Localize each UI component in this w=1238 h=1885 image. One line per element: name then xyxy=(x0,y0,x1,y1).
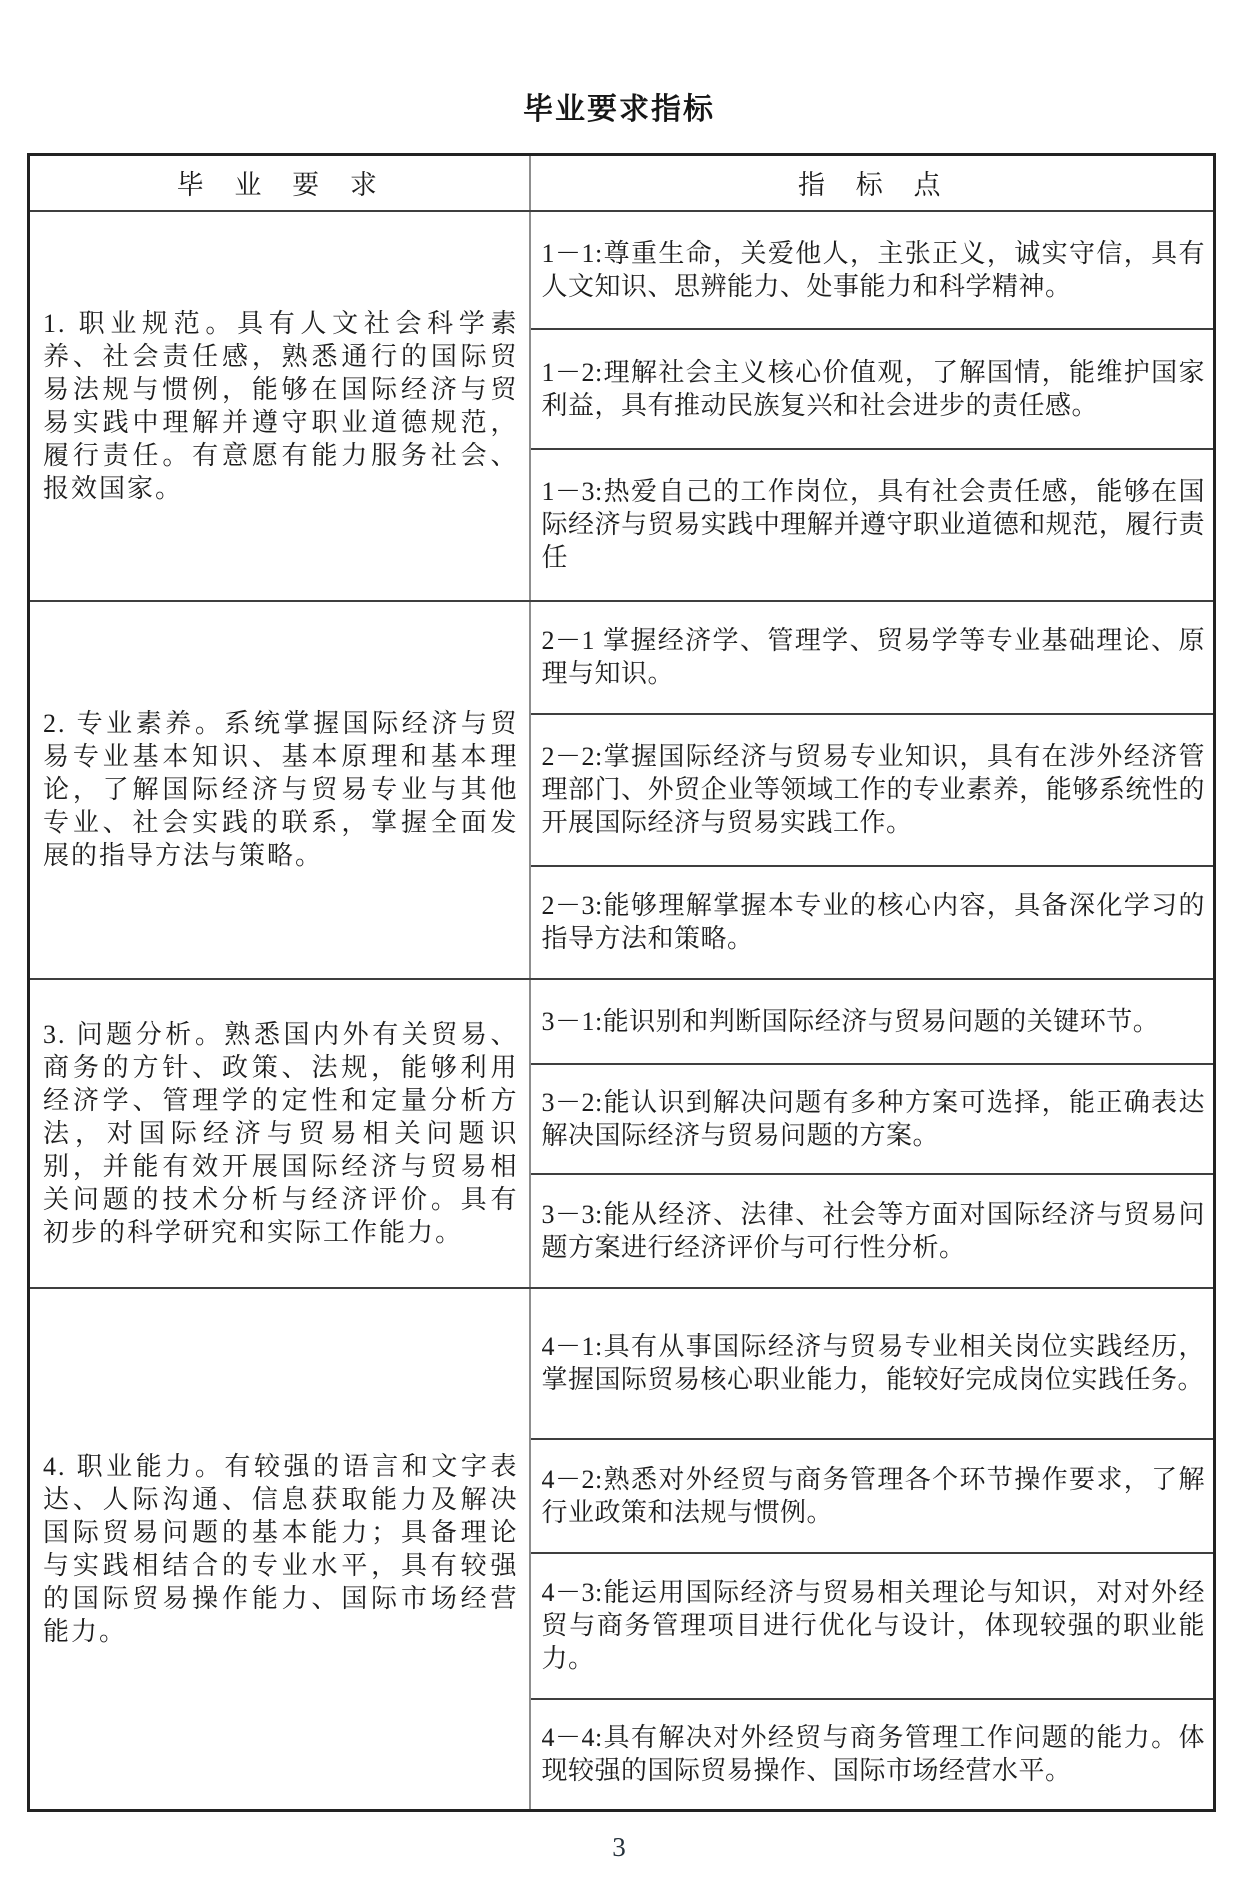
indicator-2-2-cell: 2－2:掌握国际经济与贸易专业知识，具有在涉外经济管理部门、外贸企业等领域工作的… xyxy=(530,714,1215,866)
table-row: 2. 专业素养。系统掌握国际经济与贸易专业基本知识、基本原理和基本理论，了解国际… xyxy=(29,601,1215,714)
indicator-4-4-cell: 4－4:具有解决对外经贸与商务管理工作问题的能力。体现较强的国际贸易操作、国际市… xyxy=(530,1699,1215,1811)
requirement-2-cell: 2. 专业素养。系统掌握国际经济与贸易专业基本知识、基本原理和基本理论，了解国际… xyxy=(29,601,530,979)
indicator-4-3-cell: 4－3:能运用国际经济与贸易相关理论与知识，对对外经贸与商务管理项目进行优化与设… xyxy=(530,1553,1215,1699)
document-page: 毕业要求指标 毕 业 要 求 指 标 点 1. 职业规范。具有人文社会科学素养、… xyxy=(0,0,1238,1885)
page-title: 毕业要求指标 xyxy=(0,84,1238,128)
column-header-requirements: 毕 业 要 求 xyxy=(29,155,530,211)
page-number: 3 xyxy=(0,1832,1238,1863)
indicator-4-1-cell: 4－1:具有从事国际经济与贸易专业相关岗位实践经历，掌握国际贸易核心职业能力，能… xyxy=(530,1288,1215,1439)
indicator-4-2-cell: 4－2:熟悉对外经贸与商务管理各个环节操作要求，了解行业政策和法规与惯例。 xyxy=(530,1439,1215,1553)
indicator-3-2-cell: 3－2:能认识到解决问题有多种方案可选择，能正确表达解决国际经济与贸易问题的方案… xyxy=(530,1064,1215,1174)
indicator-3-3-cell: 3－3:能从经济、法律、社会等方面对国际经济与贸易问题方案进行经济评价与可行性分… xyxy=(530,1174,1215,1288)
indicator-1-3-cell: 1－3:热爱自己的工作岗位，具有社会责任感，能够在国际经济与贸易实践中理解并遵守… xyxy=(530,449,1215,601)
table-row: 3. 问题分析。熟悉国内外有关贸易、商务的方针、政策、法规，能够利用经济学、管理… xyxy=(29,979,1215,1064)
indicator-3-1-cell: 3－1:能识别和判断国际经济与贸易问题的关键环节。 xyxy=(530,979,1215,1064)
indicator-1-2-cell: 1－2:理解社会主义核心价值观，了解国情，能维护国家利益，具有推动民族复兴和社会… xyxy=(530,329,1215,449)
table-row: 4. 职业能力。有较强的语言和文字表达、人际沟通、信息获取能力及解决国际贸易问题… xyxy=(29,1288,1215,1439)
graduation-requirements-table: 毕 业 要 求 指 标 点 1. 职业规范。具有人文社会科学素养、社会责任感，熟… xyxy=(27,153,1216,1812)
requirement-3-cell: 3. 问题分析。熟悉国内外有关贸易、商务的方针、政策、法规，能够利用经济学、管理… xyxy=(29,979,530,1288)
requirement-1-cell: 1. 职业规范。具有人文社会科学素养、社会责任感，熟悉通行的国际贸易法规与惯例，… xyxy=(29,211,530,601)
indicator-2-3-cell: 2－3:能够理解掌握本专业的核心内容，具备深化学习的指导方法和策略。 xyxy=(530,866,1215,979)
indicator-1-1-cell: 1－1:尊重生命，关爱他人，主张正义，诚实守信，具有人文知识、思辨能力、处事能力… xyxy=(530,211,1215,329)
requirement-4-cell: 4. 职业能力。有较强的语言和文字表达、人际沟通、信息获取能力及解决国际贸易问题… xyxy=(29,1288,530,1811)
table-row: 1. 职业规范。具有人文社会科学素养、社会责任感，熟悉通行的国际贸易法规与惯例，… xyxy=(29,211,1215,329)
table-header-row: 毕 业 要 求 指 标 点 xyxy=(29,155,1215,211)
column-header-indicators: 指 标 点 xyxy=(530,155,1215,211)
indicator-2-1-cell: 2－1 掌握经济学、管理学、贸易学等专业基础理论、原理与知识。 xyxy=(530,601,1215,714)
